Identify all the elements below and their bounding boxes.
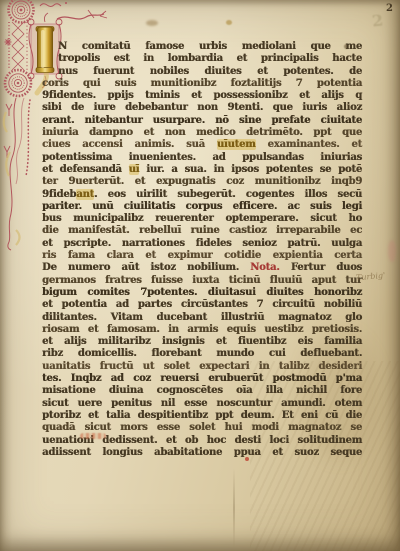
gold-text-segment: uī (129, 164, 140, 175)
text-line: misatione diuina cognoscētes oīa illa ni… (42, 385, 362, 397)
text-segment: bigum comites 7potentes. diuitasui diuit… (42, 287, 362, 298)
text-line: dilitantes. Vitam ducebant illustriū mag… (42, 312, 362, 324)
text-segment: coris qui suis munitionibz foztalitijs 7… (42, 78, 362, 89)
text-segment: De numero aūt istoz nobilium. (42, 262, 239, 273)
parchment-stain (388, 240, 396, 262)
manuscript-page-photo: 2 2 N comitatū famose urbis mediolani qu… (0, 0, 400, 551)
text-segment: Fertur duos (291, 262, 362, 273)
parchment-stain (146, 20, 158, 26)
text-line: 9fidebant. eos uirilit subegerūt. cogent… (42, 189, 362, 201)
text-line: nus fuerunt nobiles diuites et potentes.… (42, 66, 362, 78)
text-line: tropolis est in lombardia et principalis… (42, 53, 362, 65)
text-line: bus municipalibz reuerenter optemperare.… (42, 213, 362, 225)
text-line: iniuria dampno et non medico detrimēto. … (42, 127, 362, 139)
bottom-red-dot-mark (245, 457, 249, 461)
text-line: ribz domicellis. florebant mundo cui def… (42, 348, 362, 360)
text-line: De numero aūt istoz nobilium. Nota. Fert… (42, 262, 362, 274)
text-segment: misatione diuina cognoscētes oīa illa ni… (42, 385, 362, 396)
parchment-stain (226, 20, 232, 25)
penwork-cascade-tail (4, 98, 30, 250)
text-segment: uanitatis fructū ut solet expectari in t… (42, 361, 362, 372)
text-segment: et potentia ad partes circūstantes 7 cir… (42, 299, 362, 310)
text-segment: . eos uirilit subegerūt. cogentes illos … (94, 189, 362, 200)
text-segment: bus municipalibz reuerenter optemperare.… (42, 213, 362, 224)
folio-number-ghost: 2 (371, 10, 384, 30)
text-line: et defensandā uī iur. a sua. in ipsos po… (42, 164, 362, 176)
red-asterisk-ornament (5, 39, 12, 46)
text-segment: ter 9uerterūt. et expugnatis coz munitio… (42, 176, 362, 187)
text-line: et alijs militaribz insignis et fiuentib… (42, 336, 362, 348)
text-segment: nus fuerunt nobiles diuites et potentes.… (58, 66, 362, 77)
margin-note-turbig: Turbig' (356, 271, 386, 283)
text-segment: riosam et famosam. in armis equis uestib… (42, 324, 362, 335)
top-edge-squiggle (40, 2, 67, 7)
penwork-lattice (9, 22, 27, 70)
text-line: die manifestāt. rebelluī ruine castioz i… (42, 225, 362, 237)
text-segment: tropolis est in lombardia et principalis… (58, 53, 362, 64)
text-line: ciues accensi animis. suā uīutem examina… (42, 139, 362, 151)
text-segment: adiissent longius ababitatione ppua et s… (42, 447, 362, 458)
text-line: ptoribz et talia despitientibz ppt deum.… (42, 410, 362, 422)
text-segment: 9fidentes. ppijs tminis et possessionibz… (42, 90, 362, 101)
margin-red-mark (80, 433, 106, 439)
text-segment: pariter. unū ciuilitatis corpus efficere… (42, 201, 362, 212)
top-flourish (57, 10, 107, 19)
folio-number: 2 (386, 3, 393, 14)
text-line: sicut uere penitus nil esse noscuntur am… (42, 398, 362, 410)
text-segment: iur. a sua. in ipsos potentes se potē (139, 164, 362, 175)
text-segment: et defensandā (42, 164, 129, 175)
text-line: 9fidentes. ppijs tminis et possessionibz… (42, 90, 362, 102)
text-segment: examinantes. et (256, 139, 362, 150)
text-line: uanitatis fructū ut solet expectari in t… (42, 361, 362, 373)
text-segment: ciues accensi animis. suā (42, 139, 217, 150)
text-line: erant. nitebantur usurpare. nō sine pref… (42, 115, 362, 127)
text-segment: die manifestāt. rebelluī ruine castioz i… (42, 225, 362, 236)
gold-text-segment: uīutem (217, 139, 256, 150)
text-line: pariter. unū ciuilitatis corpus efficere… (42, 201, 362, 213)
text-line: potentissima inuenientes. ad ppulsandas … (42, 152, 362, 164)
text-segment: 9fideb (42, 189, 76, 200)
text-line: N comitatū famose urbis mediolani que me (42, 41, 362, 53)
text-segment: dilitantes. Vitam ducebant illustriū mag… (42, 312, 362, 323)
text-line: ris fama clara et expimur cotidie expien… (42, 250, 362, 262)
text-segment: germanos fratres fuisse iuxta ticinū flu… (42, 275, 362, 286)
text-segment: tes. Inqbz ad coz reuersi erubuerūt post… (42, 373, 362, 384)
text-line: sibi de iure debebantur non 9tenti. que … (42, 102, 362, 114)
penwork-roundel-lower (5, 70, 31, 96)
text-line: germanos fratres fuisse iuxta ticinū flu… (42, 275, 362, 287)
text-segment: iniuria dampno et non medico detrimēto. … (42, 127, 362, 138)
text-line: et potentia ad partes circūstantes 7 cir… (42, 299, 362, 311)
rubric-text-segment: Nota. (239, 262, 291, 273)
text-segment: N comitatū famose urbis mediolani que me (58, 41, 362, 52)
gold-text-segment: ant (76, 189, 94, 200)
text-line: et pscripte. narrationes fideles senioz … (42, 238, 362, 250)
parchment-crease (233, 468, 235, 548)
text-segment: ribz domicellis. florebant mundo cui def… (42, 348, 362, 359)
text-block: N comitatū famose urbis mediolani que me… (42, 41, 362, 459)
text-line: riosam et famosam. in armis equis uestib… (42, 324, 362, 336)
text-segment: sicut uere penitus nil esse noscuntur am… (42, 398, 362, 409)
text-line: bigum comites 7potentes. diuitasui diuit… (42, 287, 362, 299)
text-line: ter 9uerterūt. et expugnatis coz munitio… (42, 176, 362, 188)
text-segment: sibi de iure debebantur non 9tenti. que … (42, 102, 362, 113)
text-line: adiissent longius ababitatione ppua et s… (42, 447, 362, 459)
text-segment: ptoribz et talia despitientibz ppt deum.… (42, 410, 362, 421)
text-line: coris qui suis munitionibz foztalitijs 7… (42, 78, 362, 90)
text-segment: erant. nitebantur usurpare. nō sine pref… (42, 115, 362, 126)
text-segment: quadā sicut mors esse solet hui modi mag… (42, 422, 362, 433)
text-segment: et alijs militaribz insignis et fiuentib… (42, 336, 362, 347)
text-line: tes. Inqbz ad coz reuersi erubuerūt post… (42, 373, 362, 385)
text-segment: ris fama clara et expimur cotidie expien… (42, 250, 362, 261)
text-segment: et pscripte. narrationes fideles senioz … (42, 238, 362, 249)
text-segment: potentissima inuenientes. ad ppulsandas … (42, 152, 362, 163)
